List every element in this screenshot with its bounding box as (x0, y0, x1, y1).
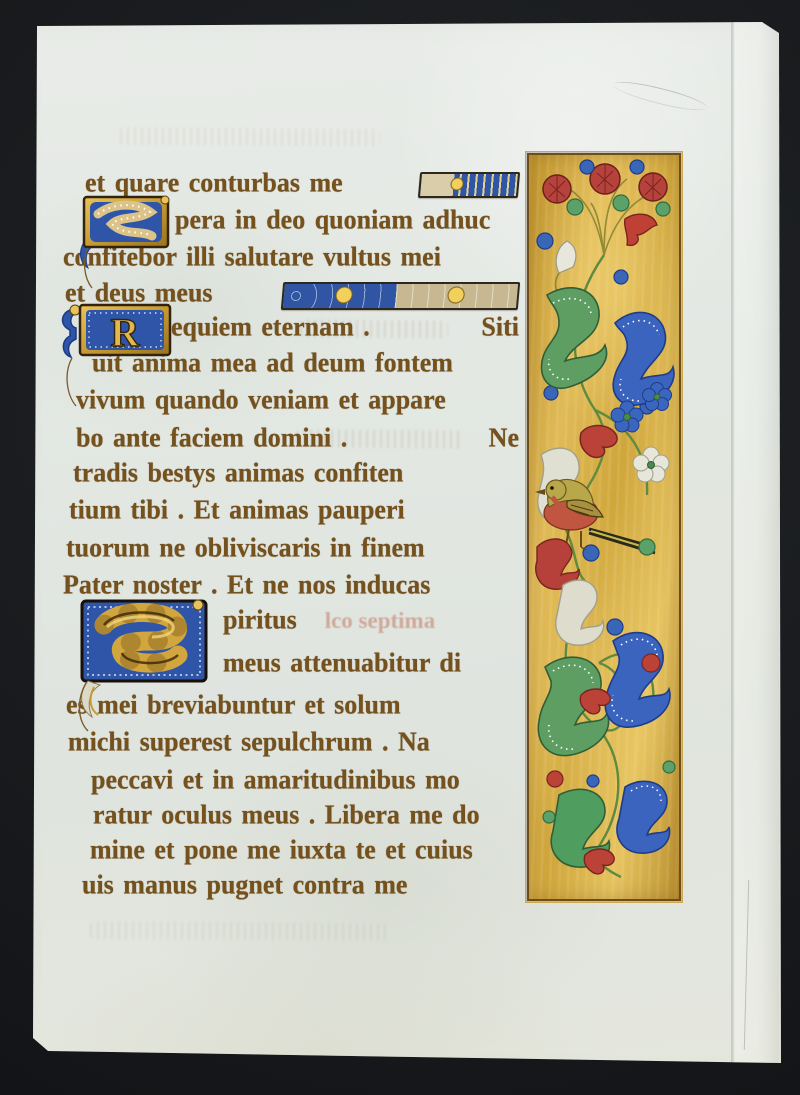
script-text: meus attenuabitur di (223, 647, 461, 679)
script-line: uis manus pugnet contra me (63, 870, 521, 904)
surface-scratch (611, 77, 708, 116)
rubric-text: lco septima (325, 608, 436, 633)
script-text: tium tibi . Et animas pauperi (69, 494, 405, 526)
red-pompom-flower (543, 164, 667, 203)
script-line: ratur oculus meus . Libera me do (63, 800, 521, 834)
script-text: mine et pone me iuxta te et cuius (90, 834, 473, 866)
illuminated-initial-S-spera (80, 194, 175, 299)
script-text: bo ante faciem domini . (76, 422, 347, 454)
script-text: piritus (223, 604, 297, 636)
script-text: tuorum ne obliviscaris in finem (66, 532, 425, 564)
script-text: peccavi et in amaritudinibus mo (91, 764, 460, 796)
script-text: ratur oculus meus . Libera me do (93, 799, 480, 831)
vellum-leaf: et quare conturbas mepera in deo quoniam… (0, 0, 800, 1095)
red-blossom (580, 426, 617, 458)
script-line: tuorum ne obliviscaris in finem (63, 533, 521, 567)
script-text-tail: Siti (481, 311, 519, 343)
script-text: tradis bestys animas confiten (73, 457, 403, 489)
script-line: bo ante faciem domini .Ne (63, 423, 521, 457)
script-text: uis manus pugnet contra me (82, 869, 407, 901)
script-line: tium tibi . Et animas pauperi (63, 495, 521, 529)
floral-border-panel (527, 153, 681, 901)
illuminated-initial-R-requiem: R (56, 302, 176, 419)
red-acanthus-leaf (625, 214, 657, 245)
blue-acanthus-leaf (617, 781, 670, 853)
latin-text-block: et quare conturbas mepera in deo quoniam… (63, 0, 521, 1000)
white-acanthus-leaf (556, 580, 604, 645)
script-line: peccavi et in amaritudinibus mo (63, 765, 521, 799)
script-line: mine et pone me iuxta te et cuius (63, 835, 521, 869)
script-text: equiem eternam . (171, 311, 370, 343)
script-text-tail: Ne (489, 422, 519, 454)
line-filler (418, 172, 520, 198)
line-filler (281, 282, 520, 310)
fold-crease (731, 22, 779, 1065)
initial-letter: R (111, 310, 141, 355)
green-acanthus-leaf (541, 288, 606, 389)
script-line: tradis bestys animas confiten (63, 458, 521, 492)
script-text: pera in deo quoniam adhuc (175, 204, 490, 236)
blue-acanthus-leaf (605, 633, 670, 728)
illuminated-initial-S-spiritus (74, 597, 224, 742)
